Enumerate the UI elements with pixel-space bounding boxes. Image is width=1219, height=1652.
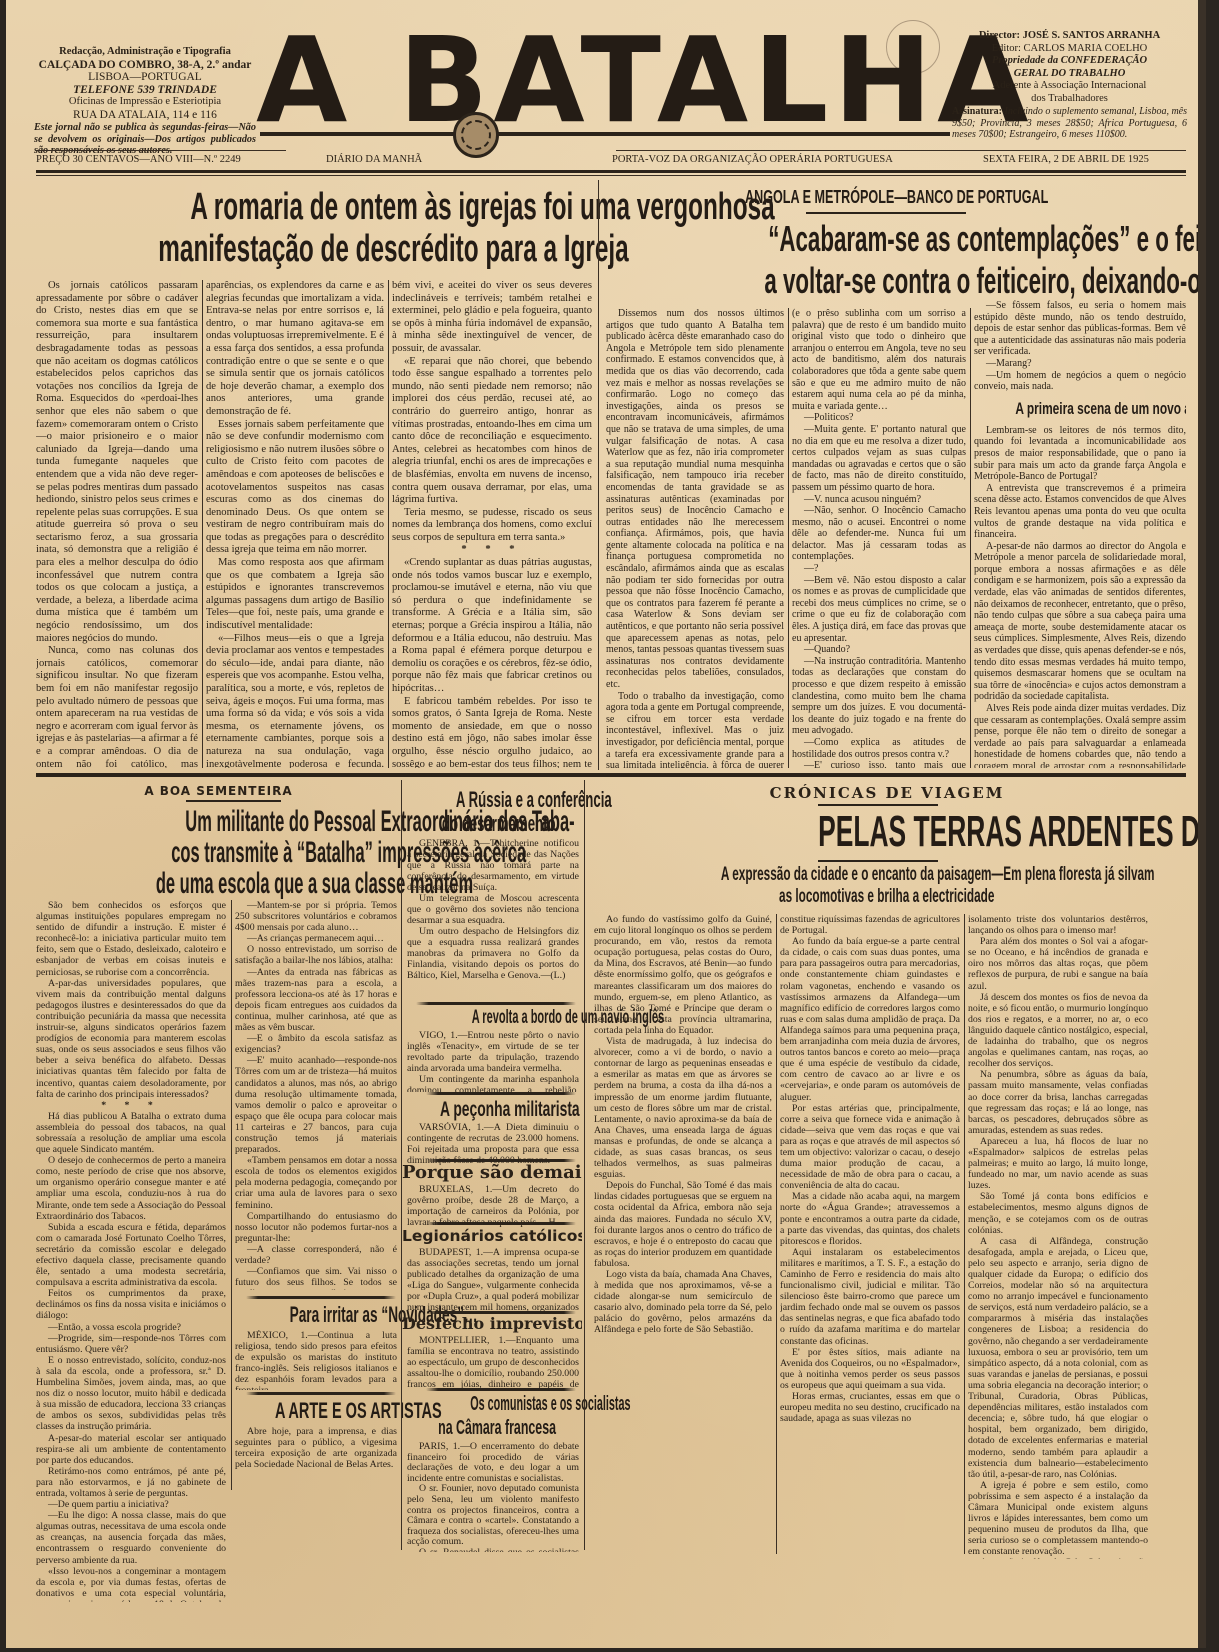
legionarios-body: BUDAPEST, 1.—A imprensa ocupa-se das ass… — [407, 1247, 579, 1313]
newspaper-title: A BATALHA — [256, 30, 956, 135]
comunistas-headline: Os comunistas e os socialistas na Câmara… — [402, 1392, 582, 1440]
kicker-rule — [806, 212, 966, 214]
equador-subheadline: A expressão da cidade e o encanto da pai… — [588, 864, 1186, 908]
emblem-seal-icon — [453, 112, 499, 158]
dateline: PREÇO 30 CENTAVOS—ANO VIII—N.º 2249 DIÁR… — [36, 153, 1186, 167]
arte-headline: A ARTE E OS ARTISTAS — [232, 1398, 402, 1424]
item-rule — [416, 1002, 576, 1005]
arte-body: Abre hoje, para a imprensa, e dias segui… — [235, 1426, 397, 1486]
subscription: Assinatura: Incluindo o suplemento seman… — [952, 106, 1187, 141]
equador-column-2: constitue riquíssimas fazendas de agricu… — [780, 914, 960, 1554]
item-rule — [246, 1296, 396, 1299]
imprint-line: Oficinas de Impressão e Esteriotipia — [34, 96, 256, 109]
sementeira-column-1: São bem conhecidos os esforços que algum… — [36, 900, 226, 1602]
price-issue: PREÇO 30 CENTAVOS—ANO VIII—N.º 2249 — [36, 153, 241, 167]
equador-column-3: isolamento triste dos voluntarios destêr… — [968, 914, 1148, 1559]
item-rule — [426, 1388, 576, 1391]
porque-headline: Porque são demais… — [402, 1162, 582, 1184]
angola-headline: “Acabaram-se as contemplações” e o feiti… — [596, 218, 1196, 302]
angola-column-2: (e o prêso sublinha com um sorriso a pal… — [792, 308, 966, 768]
adherent-line: Aderente à Associação Internacional — [952, 80, 1187, 93]
headline-rule — [818, 860, 938, 862]
column-rule — [776, 914, 777, 1554]
irritar-headline: Para irritar as “Novidades”… — [232, 1302, 402, 1328]
equador-headline: PELAS TERRAS ARDENTES DO EQUADOR AFRICAN… — [588, 808, 1186, 856]
item-rule — [426, 1222, 576, 1225]
desfecho-headline: Desfecho imprevisto — [402, 1314, 582, 1334]
kicker-rule — [818, 804, 938, 806]
section-divider — [36, 773, 1186, 777]
issue-date: SEXTA FEIRA, 2 DE ABRIL DE 1925 — [983, 153, 1149, 167]
imprint-note: Este jornal não se publica às segundas-f… — [34, 122, 256, 157]
masthead-rule — [36, 170, 1186, 173]
imprint-line: LISBOA—PORTUGAL — [34, 71, 256, 84]
column-rule — [788, 308, 789, 768]
tagline-left: DIÁRIO DA MANHÃ — [326, 153, 422, 167]
newspaper-page: Redacção, Administração e Tipografia CAL… — [6, 0, 1206, 1648]
peconha-headline: A peçonha militarista — [404, 1098, 580, 1122]
editor: Editor: CARLOS MARIA COELHO — [952, 43, 1187, 56]
romaria-column-3: bém vivi, e aceitei do viver os seus dev… — [392, 280, 592, 768]
comunistas-body: PARIS, 1.—O encerramento do debate finan… — [407, 1442, 579, 1552]
romaria-headline: A romaria de ontem às igrejas foi uma ve… — [26, 186, 596, 270]
column-rule — [202, 280, 203, 768]
imprint-line: RUA DA ATALAIA, 114 e 116 — [34, 109, 256, 122]
imprint-line: CALÇADA DO COMBRO, 38-A, 2.º andar — [34, 59, 256, 72]
imprint-line: TELEFONE 539 TRINDADE — [34, 84, 256, 97]
revolta-headline: A revolta a bordo de um navio inglês — [402, 1007, 582, 1029]
angola-column-3: —Se fôssem falsos, eu seria o homem mais… — [974, 300, 1186, 768]
equador-column-1: Ao fundo do vastíssimo golfo da Guiné, e… — [594, 914, 772, 1614]
russia-headline: A Rússia e a conferência do desarmamento — [404, 788, 580, 836]
sementeira-column-2: —Mantem-se por si própria. Temos 250 sub… — [235, 900, 397, 1290]
tagline-right: PORTA-VOZ DA ORGANIZAÇÃO OPERÁRIA PORTUG… — [612, 153, 893, 167]
column-rule — [964, 914, 965, 1554]
equador-kicker: CRÓNICAS DE VIAGEM — [588, 784, 1186, 802]
sementeira-kicker: A BOA SEMENTEIRA — [36, 784, 401, 798]
property-line: GERAL DO TRABALHO — [952, 68, 1187, 81]
item-rule — [246, 1392, 396, 1395]
imprint-left: Redacção, Administração e Tipografia CAL… — [34, 46, 256, 157]
romaria-column-1: Os jornais católicos passaram apressadam… — [36, 280, 198, 768]
revolta-body: VIGO, 1.—Entrou neste pôrto o navio ingl… — [407, 1030, 579, 1092]
angola-column-1: Dissemos num dos nossos últimos artigos … — [606, 308, 784, 768]
subhead-primeira-scena: A primeira scena de um novo acto — [974, 398, 1186, 420]
angola-kicker: ANGOLA E METRÓPOLE—BANCO DE PORTUGAL — [602, 186, 1192, 208]
romaria-column-2: aparências, os explendores da carne e as… — [206, 280, 384, 768]
imprint-line: Redacção, Administração e Tipografia — [34, 46, 256, 59]
russia-body: GENEBRA, 1.—Tchitcherine notificou à sec… — [407, 838, 579, 1008]
title-rule — [260, 132, 950, 136]
column-rule — [388, 280, 389, 768]
kicker-rule — [186, 800, 281, 802]
rule — [616, 150, 1186, 151]
legionarios-headline: Legionários católicos — [402, 1226, 582, 1246]
section-stars: * * * — [392, 544, 592, 557]
desfecho-body: MONTPELLIER, 1.—Enquanto uma família se … — [407, 1335, 579, 1391]
column-rule — [970, 308, 971, 768]
director: Director: JOSÉ S. SANTOS ARRANHA — [952, 30, 1187, 43]
item-rule — [426, 1092, 576, 1095]
masthead-rule — [36, 175, 1186, 176]
section-stars: * * * — [36, 1100, 226, 1111]
sementeira-headline: Um militante do Pessoal Extraordinário d… — [26, 806, 411, 899]
column-rule — [584, 780, 585, 1550]
property-line: Propriedade da CONFEDERAÇÃO — [952, 55, 1187, 68]
irritar-body: MÉXICO, 1.—Continua a luta religiosa, te… — [235, 1330, 397, 1390]
rule — [36, 150, 286, 151]
imprint-right: Director: JOSÉ S. SANTOS ARRANHA Editor:… — [952, 30, 1187, 141]
adherent-line: dos Trabalhadores — [952, 93, 1187, 106]
